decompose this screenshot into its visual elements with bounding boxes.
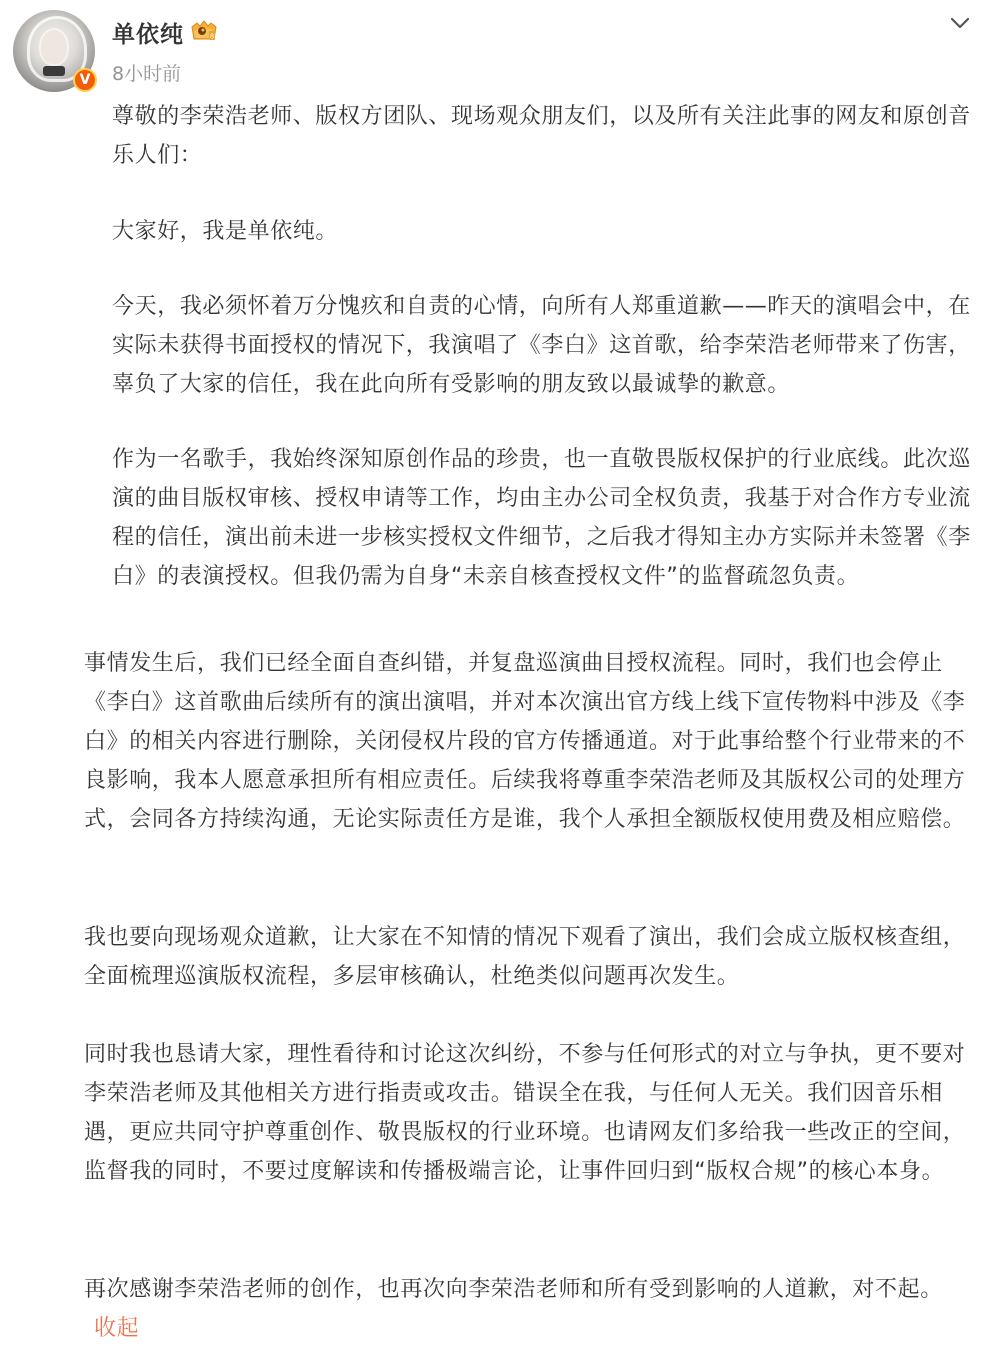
- paragraph-greeting: 大家好，我是单依纯。: [112, 212, 974, 251]
- avatar-neck-shape: [43, 66, 65, 76]
- paragraph-request: 同时我也恳请大家，理性看待和讨论这次纠纷，不参与任何形式的对立与争执，更不要对李…: [84, 1035, 974, 1191]
- closing-text: 再次感谢李荣浩老师的创作，也再次向李荣浩老师和所有受到影响的人道歉，对不起。: [84, 1277, 943, 1302]
- username[interactable]: 单依纯: [112, 16, 184, 49]
- collapse-link[interactable]: 收起: [94, 1316, 139, 1341]
- paragraph-explanation: 作为一名歌手，我始终深知原创作品的珍贵，也一直敬畏版权保护的行业底线。此次巡演的…: [112, 440, 974, 596]
- paragraph-salutation: 尊敬的李荣浩老师、版权方团队、现场观众朋友们，以及所有关注此事的网友和原创音乐人…: [112, 97, 974, 175]
- vip-crown-icon[interactable]: 8: [190, 19, 218, 43]
- verified-badge-icon: V: [73, 68, 97, 92]
- member-level: 8: [210, 33, 214, 41]
- paragraph-audience-apology: 我也要向现场观众道歉，让大家在不知情的情况下观看了演出，我们会成立版权核查组，全…: [84, 918, 974, 996]
- post-menu-button[interactable]: [945, 12, 975, 36]
- post-timestamp[interactable]: 8小时前: [112, 59, 181, 86]
- paragraph-apology: 今天，我必须怀着万分愧疚和自责的心情，向所有人郑重道歉——昨天的演唱会中，在实际…: [112, 287, 974, 404]
- post-header: V 单依纯 8 8小时前: [0, 0, 1000, 100]
- paragraph-actions: 事情发生后，我们已经全面自查纠错，并复盘巡演曲目授权流程。同时，我们也会停止《李…: [84, 644, 974, 839]
- paragraph-closing: 再次感谢李荣浩老师的创作，也再次向李荣浩老师和所有受到影响的人道歉，对不起。收起: [84, 1270, 974, 1348]
- chevron-down-icon: [945, 12, 975, 36]
- avatar-face-shape: [41, 30, 67, 64]
